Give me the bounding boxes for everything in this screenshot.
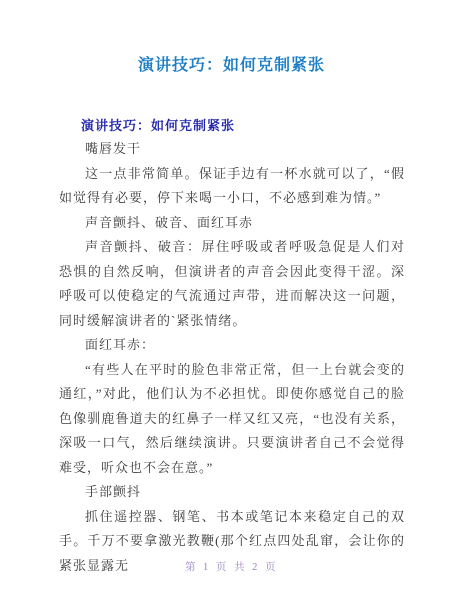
page-footer: 第 1 页 共 2 页 [0, 559, 463, 574]
document-body: 嘴唇发干 这一点非常简单。保证手边有一杯水就可以了，“假如觉得有必要，停下来喝一… [59, 137, 405, 578]
paragraph-heading-blushing: 面红耳赤： [59, 333, 405, 358]
page-number: 第 1 页 共 2 页 [185, 562, 278, 573]
paragraph-heading-voice-blush: 声音颤抖、破音、面红耳赤 [59, 211, 405, 236]
paragraph-voice-trembling: 声音颤抖、破音：屏住呼吸或者呼吸急促是人们对恐惧的自然反响，但演讲者的声音会因此… [59, 235, 405, 333]
paragraph-blushing-advice: “有些人在平时的脸色非常正常，但一上台就会变的通红，”对此，他们认为不必担忧。即… [59, 358, 405, 481]
document-title: 演讲技巧：如何克制紧张 [0, 0, 463, 76]
section-title: 演讲技巧：如何克制紧张 [81, 117, 463, 134]
paragraph-dry-lips-advice: 这一点非常简单。保证手边有一杯水就可以了，“假如觉得有必要，停下来喝一小口，不必… [59, 162, 405, 211]
document-page: 演讲技巧：如何克制紧张 演讲技巧：如何克制紧张 嘴唇发干 这一点非常简单。保证手… [0, 0, 463, 600]
paragraph-heading-dry-lips: 嘴唇发干 [59, 137, 405, 162]
paragraph-heading-hand-tremor: 手部颤抖 [59, 480, 405, 505]
